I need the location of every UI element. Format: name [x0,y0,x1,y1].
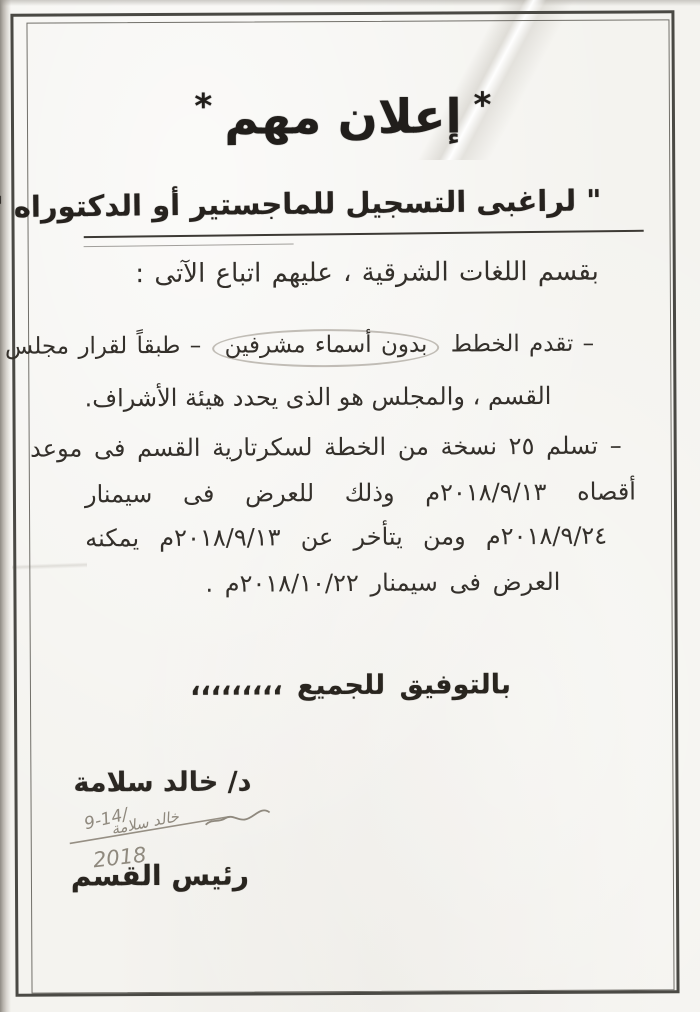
bullet2-line4: العرض فى سيمنار ٢٠١٨/١٠/٢٢م . [205,566,560,600]
asterisk-decoration: * [461,85,503,125]
bullet2-line2: أقصاه ٢٠١٨/٩/١٣م وذلك للعرض فى سيمنار [85,476,636,511]
bullet2-line1: – تسلم ٢٥ نسخة من الخطة لسكرتارية القسم … [30,430,622,465]
bullet1-line2: القسم ، والمجلس هو الذى يحدد هيئة الأشرا… [84,380,551,415]
intro-line: بقسم اللغات الشرقية ، عليهم اتباع الآتى … [135,255,599,293]
signature-scribble [206,810,270,824]
closing-wishes: بالتوفيق للجميع ،،،،،،،،، [190,667,511,705]
bullet1-line1-pre: – تقدم الخطط [451,331,595,358]
asterisk-decoration: * [182,87,224,127]
page-title-text: إعلان مهم [224,89,462,145]
page-title: *إعلان مهم* [0,84,688,151]
document-subtitle: " لراغبى التسجيل للماجستير أو الدكتوراه … [83,181,644,238]
bullet1-line1-post: – طبقاً لقرار مجلس [5,333,201,360]
signer-title: رئيس القسم [71,857,249,896]
announcement-document: *إعلان مهم* " لراغبى التسجيل للماجستير أ… [0,0,700,1012]
bullet2-line3: ٢٠١٨/٩/٢٤م ومن يتأخر عن ٢٠١٨/٩/١٣م يمكنه [85,520,607,555]
bullet1-line1: – تقدم الخطط بدون أسماء مشرفين – طبقاً ل… [5,329,594,363]
scanned-paper: *إعلان مهم* " لراغبى التسجيل للماجستير أ… [0,0,700,1012]
